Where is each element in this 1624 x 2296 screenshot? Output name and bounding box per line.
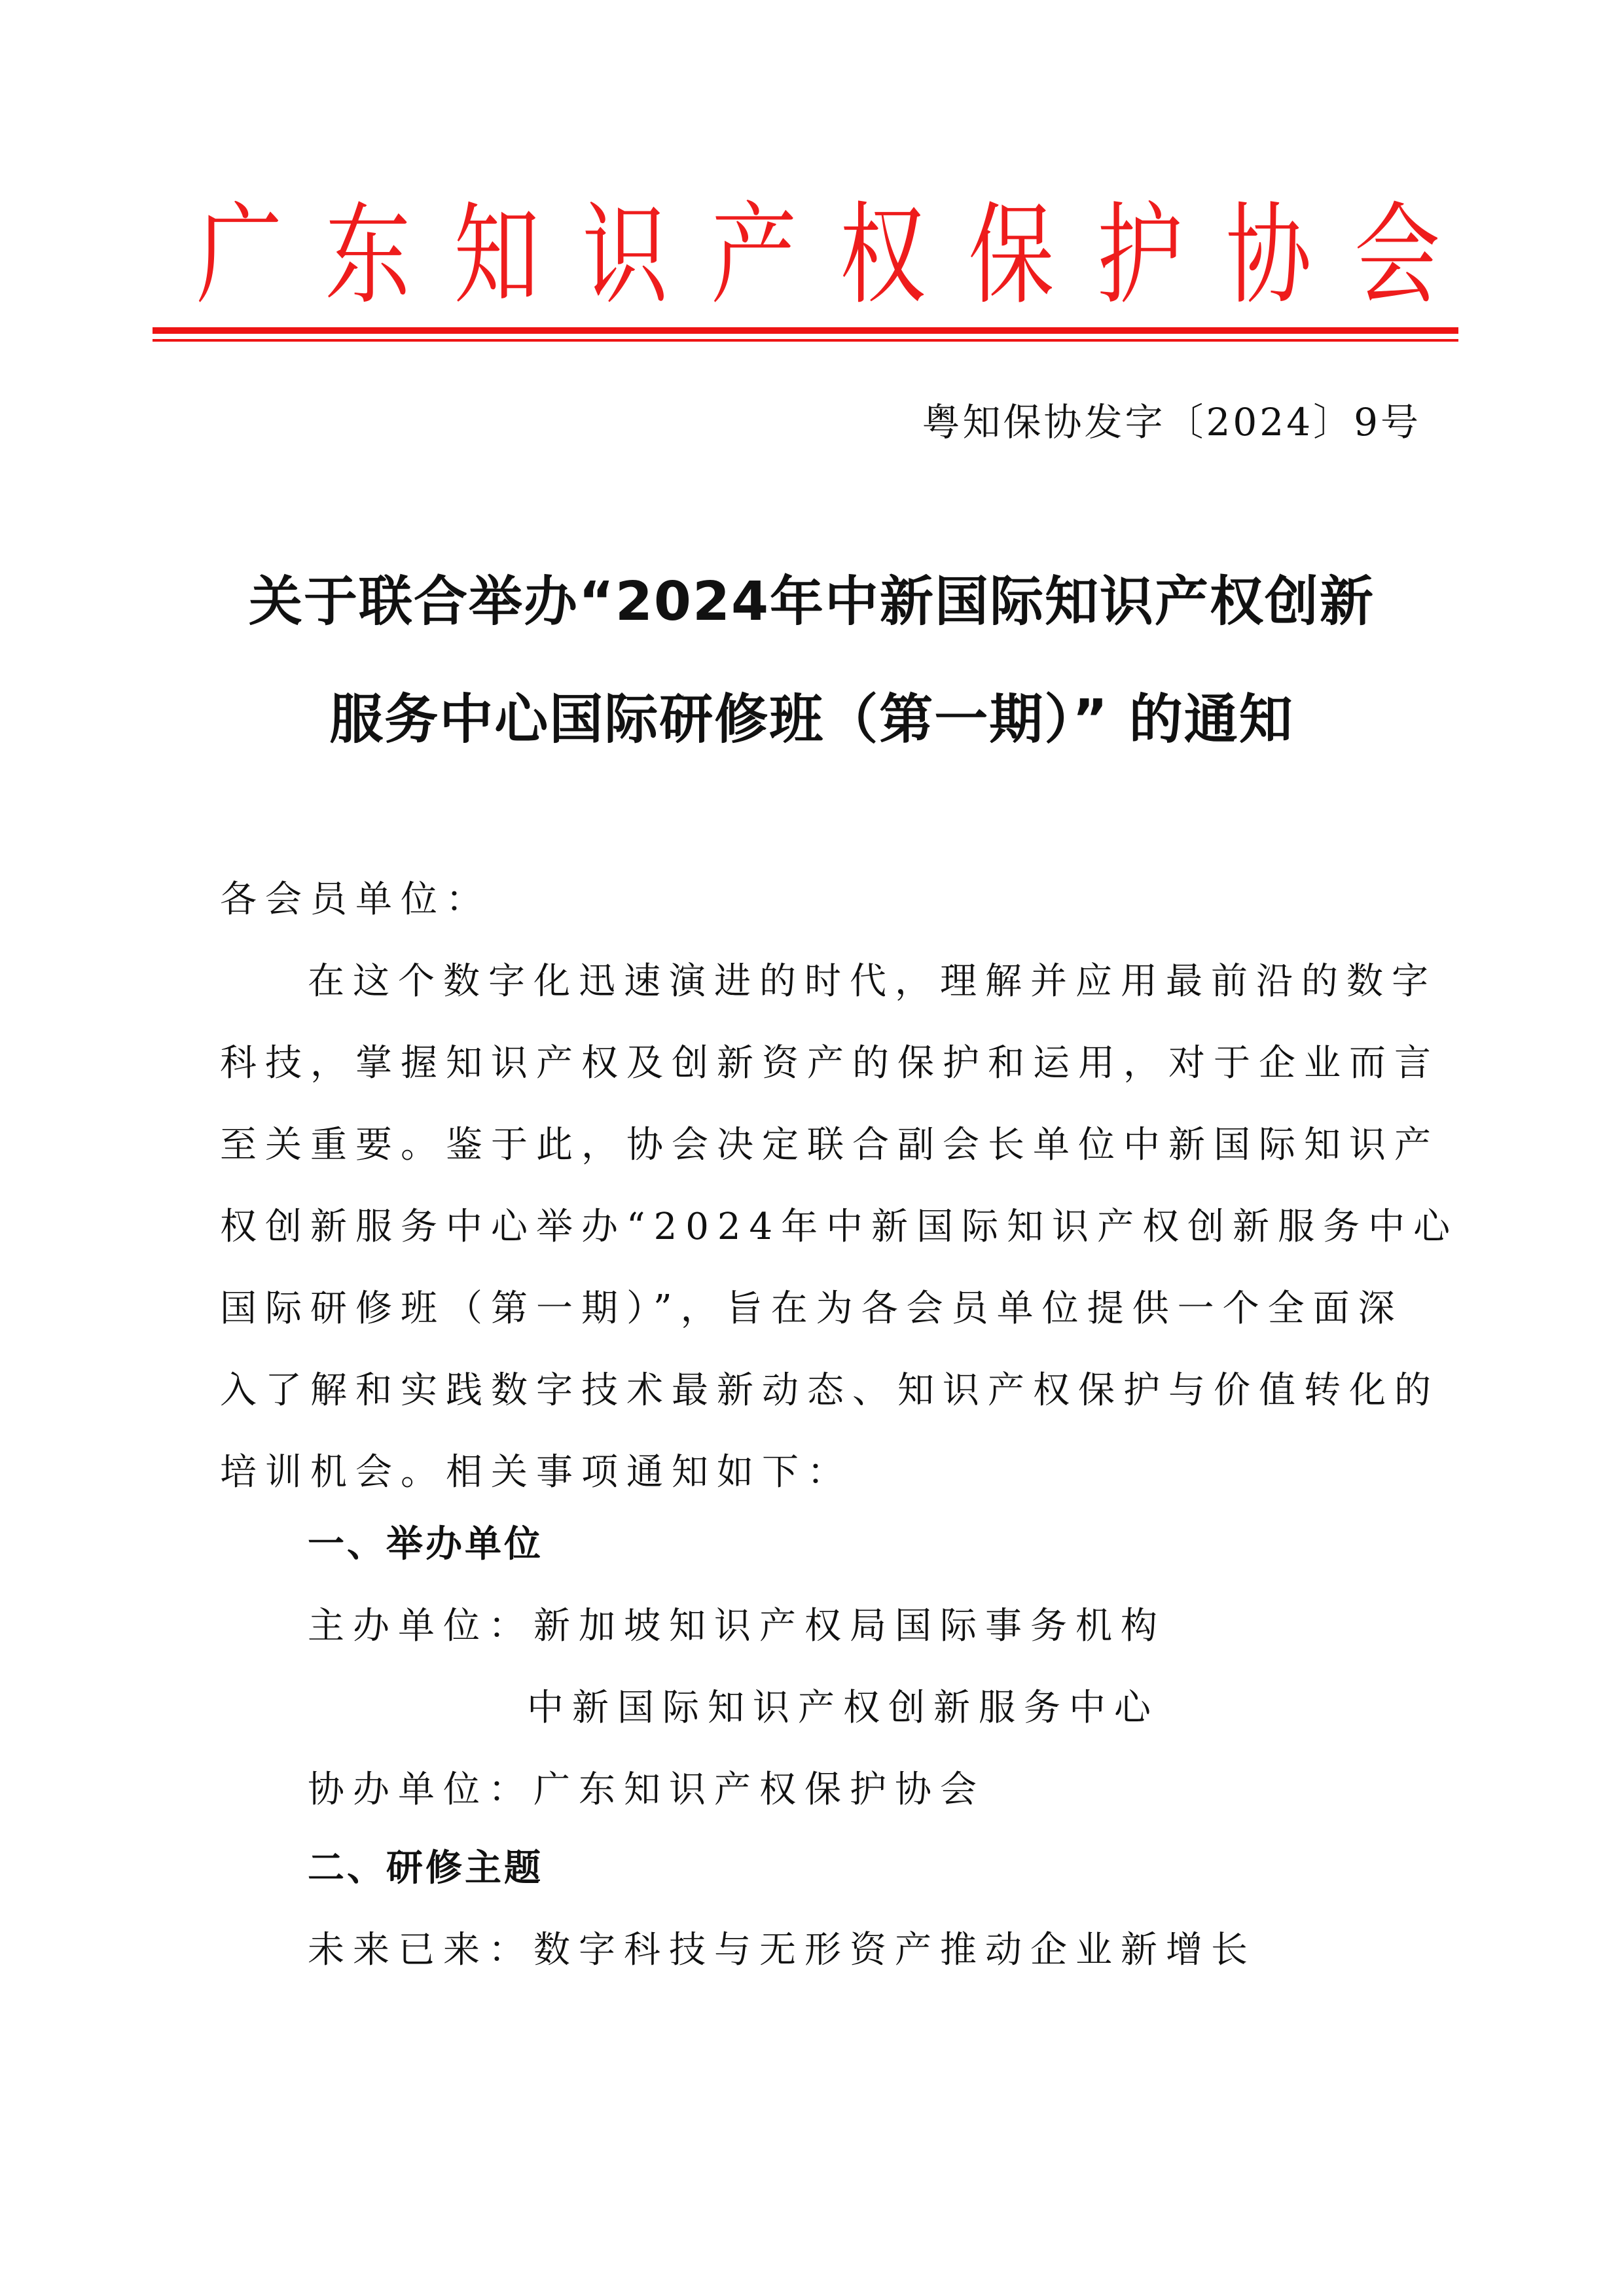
masthead-char: 协 [1225,190,1311,321]
masthead-char: 产 [711,190,797,321]
masthead-char: 识 [583,190,668,321]
theme-row: 未来已来：数字科技与无形资产推动企业新增长 [308,1924,1506,1977]
masthead-char: 广 [196,190,282,321]
document-number: 粤知保协发字〔2024〕9号 [922,396,1421,448]
section-heading-organizers: 一、举办单位 [308,1518,1506,1571]
organizer-row: 主办单位：新加坡知识产权局国际事务机构 [308,1600,1506,1653]
intro-paragraph-line: 国际研修班（第一期）”，旨在为各会员单位提供一个全面深 [220,1283,1418,1335]
organizer-value: 中新国际知识产权创新服务中心 [527,1687,1159,1729]
co-organizer-label: 协办单位： [308,1768,533,1811]
document-title-line-1: 关于联合举办“2024年中新国际知识产权创新 [196,569,1427,635]
theme-label: 未来已来： [308,1929,533,1971]
masthead-divider-thick [153,327,1458,334]
document-title-line-2: 服务中心国际研修班（第一期）” 的通知 [196,687,1427,753]
organizer-value: 新加坡知识产权局国际事务机构 [533,1605,1166,1647]
intro-paragraph-line: 权创新服务中心举办“2024年中新国际知识产权创新服务中心 [220,1201,1418,1253]
intro-paragraph-line: 培训机会。相关事项通知如下： [220,1446,1418,1499]
masthead-org-name: 广 东 知 识 产 权 保 护 协 会 [196,190,1440,321]
masthead-char: 东 [325,190,411,321]
masthead-char: 知 [454,190,539,321]
masthead-char: 权 [840,190,926,321]
masthead-char: 保 [968,190,1054,321]
intro-paragraph-line: 在这个数字化迅速演进的时代，理解并应用最前沿的数字 [308,956,1506,1008]
co-organizer-value: 广东知识产权保护协会 [533,1768,985,1811]
masthead-char: 会 [1354,190,1440,321]
section-heading-theme: 二、研修主题 [308,1842,1506,1895]
intro-paragraph-line: 至关重要。鉴于此，协会决定联合副会长单位中新国际知识产 [220,1119,1418,1172]
intro-paragraph-line: 科技，掌握知识产权及创新资产的保护和运用，对于企业而言 [220,1037,1418,1090]
intro-paragraph-line: 入了解和实践数字技术最新动态、知识产权保护与价值转化的 [220,1365,1418,1417]
organizer-row: 中新国际知识产权创新服务中心 [527,1682,1624,1734]
masthead-divider-thin [153,339,1458,342]
theme-value: 数字科技与无形资产推动企业新增长 [533,1929,1256,1971]
salutation: 各会员单位： [220,874,1418,926]
co-organizer-row: 协办单位：广东知识产权保护协会 [308,1764,1506,1816]
organizer-label: 主办单位： [308,1605,533,1647]
masthead-char: 护 [1097,190,1183,321]
